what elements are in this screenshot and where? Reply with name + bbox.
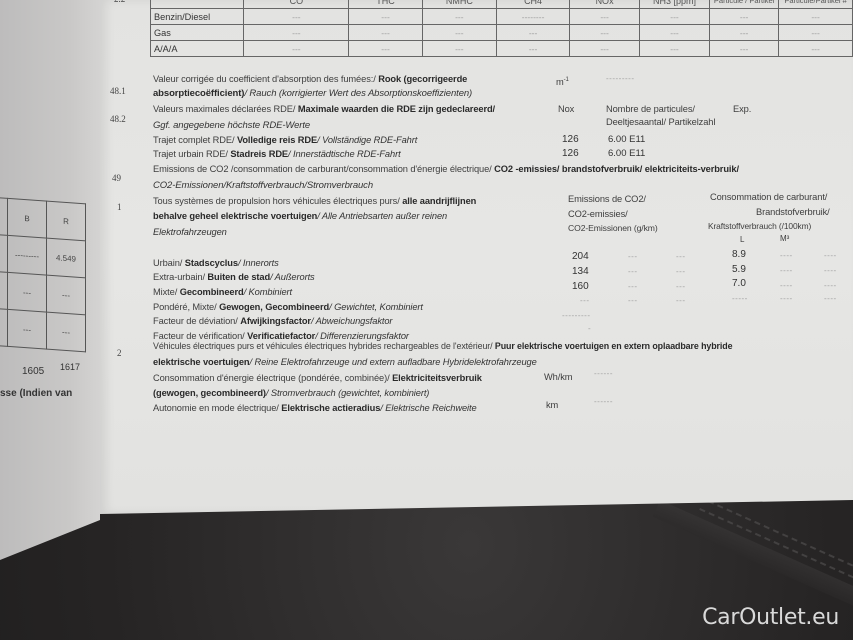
fuel-header: Kraftstoffverbrauch (/100km) — [708, 221, 811, 231]
watermark-logo: CarOutlet.eu — [702, 605, 839, 630]
document-page: 2.2 CO THC NMHC CH4 NOx NH3 [ppm] Partic… — [100, 0, 853, 514]
section-2-line2: elektrische voertuigen/ Reine Elektrofah… — [153, 357, 537, 367]
electric-consumption-line2: (gewogen, gecombineerd)/ Stromverbrauch … — [153, 388, 429, 398]
section-number: 2 — [117, 348, 122, 358]
value-empty: ------ — [594, 397, 613, 406]
left-page-number: 1605 — [22, 366, 44, 377]
co2-header: CO2-Emissionen (g/km) — [568, 223, 658, 233]
section-48-1-line2: absorptiecoëfficient)/ Rauch (korrigiert… — [153, 88, 472, 99]
section-49-line2: CO2-Emissionen/Kraftstoffverbrauch/Strom… — [153, 180, 373, 191]
value-empty: --------- — [606, 74, 634, 83]
section-48-2-line1: Valeurs maximales déclarées RDE/ Maximal… — [153, 104, 495, 114]
consumption-row: Mixte/ Gecombineerd/ Kombiniert — [153, 287, 292, 297]
consumption-row: Pondéré, Mixte/ Gewogen, Gecombineerd/ G… — [153, 302, 423, 312]
col-particles-header: Deeltjesaantal/ Partikelzahl — [606, 117, 715, 127]
section-1-line1: Tous systèmes de propulsion hors véhicul… — [153, 196, 476, 206]
section-1-line2: behalve geheel elektrische voertuigen/ A… — [153, 211, 447, 221]
section-number: 48.2 — [110, 114, 126, 124]
rde-row: Trajet complet RDE/ Volledige reis RDE/ … — [153, 135, 417, 145]
co2-header: CO2-emissies/ — [568, 209, 628, 219]
value-empty: ------ — [594, 369, 613, 378]
table-row: A/A/A --- --- --- --- --- --- --- --- — [151, 41, 853, 57]
unit-km: km — [546, 400, 558, 410]
fuel-header: Brandstofverbruik/ — [756, 207, 830, 217]
section-49-line1: Emissions de CO2 /consommation de carbur… — [153, 164, 739, 174]
emissions-table: CO THC NMHC CH4 NOx NH3 [ppm] Particule … — [150, 0, 853, 57]
section-number: 49 — [112, 173, 121, 183]
table-row: Benzin/Diesel --- --- --- -------- --- -… — [151, 9, 853, 25]
co2-header: Emissions de CO2/ — [568, 194, 646, 204]
section-number: 1 — [117, 202, 122, 212]
consumption-row: Urbain/ Stadscyclus/ Innerorts — [153, 258, 279, 268]
section-48-2-line2: Ggf. angegebene höchste RDE-Werte — [153, 120, 310, 131]
unit-m3: M³ — [780, 234, 789, 243]
section-48-1-line1: Valeur corrigée du coefficient d'absorpt… — [153, 74, 467, 84]
section-number: 48.1 — [110, 86, 126, 96]
consumption-row: Facteur de déviation/ Afwijkingsfactor/ … — [153, 316, 392, 326]
unit-liter: L — [740, 235, 744, 244]
rde-row: Trajet urbain RDE/ Stadreis RDE/ Innerst… — [153, 149, 401, 159]
col-exp-header: Exp. — [733, 104, 751, 114]
section-2-line1: Véhicules électriques purs et véhicules … — [153, 341, 732, 351]
left-page-number: 1617 — [60, 362, 80, 372]
col-particles-header: Nombre de particules/ — [606, 104, 695, 114]
unit-whkm: Wh/km — [544, 372, 572, 382]
table-row: Gas --- --- --- --- --- --- --- --- — [151, 25, 853, 41]
electric-range-line: Autonomie en mode électrique/ Elektrisch… — [153, 403, 477, 413]
consumption-row: Facteur de vérification/ Verificatiefact… — [153, 331, 409, 341]
unit-label: m-1 — [556, 77, 569, 87]
left-page-table: BR ---------4.549 ------ ------ — [0, 197, 86, 353]
fuel-header: Consommation de carburant/ — [710, 192, 827, 202]
col-nox-header: Nox — [558, 104, 574, 114]
section-1-line3: Elektrofahrzeugen — [153, 227, 227, 237]
section-number: 2.2 — [114, 0, 125, 4]
consumption-row: Extra-urbain/ Buiten de stad/ Außerorts — [153, 272, 315, 282]
left-page: BR ---------4.549 ------ ------ 1605 161… — [0, 0, 100, 560]
left-page-trailing-text: sse (Indien van — [0, 388, 72, 399]
electric-consumption-line1: Consommation d'énergie électrique (pondé… — [153, 373, 482, 383]
